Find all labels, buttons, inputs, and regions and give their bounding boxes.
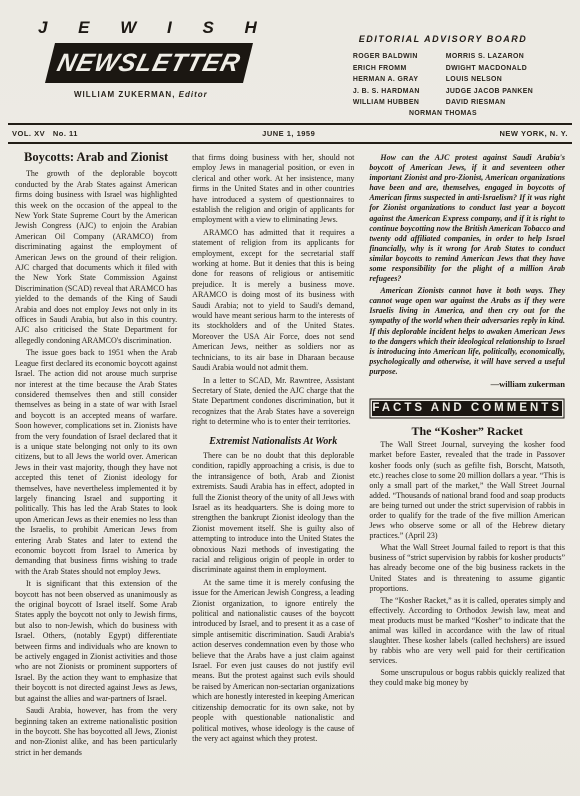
advisory-name: DWIGHT MACDONALD [446,63,533,75]
masthead-banner: NEWSLETTER [45,43,253,83]
dateline-bar: VOL. XV No. 11 JUNE 1, 1959 NEW YORK, N.… [8,123,572,144]
article-heading: Boycotts: Arab and Zionist [15,152,177,162]
editorial-paragraph: American Zionists cannot have it both wa… [369,286,565,377]
advisory-name: ERICH FROMM [353,63,420,75]
advisory-board-columns: ROGER BALDWIN ERICH FROMM HERMAN A. GRAY… [316,51,570,109]
city-label: NEW YORK, N. Y. [500,129,569,138]
advisory-board-title: EDITORIAL ADVISORY BOARD [316,34,570,44]
paragraph: In a letter to SCAD, Mr. Rawntree, Assis… [192,376,354,428]
paragraph: The growth of the deplorable boycott con… [15,169,177,346]
newsletter-page: J E W I S H NEWSLETTER WILLIAM ZUKERMAN,… [0,0,580,796]
editor-name: WILLIAM ZUKERMAN, [74,90,175,99]
advisory-name: JUDGE JACOB PANKEN [446,86,533,98]
paragraph: What the Wall Street Journal failed to r… [369,543,565,593]
advisory-name: ROGER BALDWIN [353,51,420,63]
volume-label: VOL. XV No. 11 [12,129,78,138]
editorial-paragraph: How can the AJC protest against Saudi Ar… [369,153,565,284]
date-label: JUNE 1, 1959 [262,129,315,138]
paragraph: The Wall Street Journal, surveying the k… [369,440,565,541]
paragraph: ARAMCO has admitted that it requires a s… [192,228,354,374]
masthead-banner-text: NEWSLETTER [54,49,243,78]
article-subheading: Extremist Nationalists At Work [192,437,354,447]
advisory-name: J. B. S. HARDMAN [353,86,420,98]
advisory-name: WILLIAM HUBBEN [353,97,420,109]
editor-title: Editor [179,90,208,99]
paragraph: that firms doing business with her, shou… [192,153,354,226]
column-2: that firms doing business with her, shou… [192,151,354,758]
author-signature: —william zukerman [369,379,565,389]
paragraph: The issue goes back to 1951 when the Ara… [15,348,177,577]
section-banner: FACTS AND COMMENTS [372,401,562,416]
advisory-board-left-column: ROGER BALDWIN ERICH FROMM HERMAN A. GRAY… [353,51,420,109]
advisory-name: MORRIS S. LAZARON [446,51,533,63]
page-header: J E W I S H NEWSLETTER WILLIAM ZUKERMAN,… [0,0,580,117]
advisory-board: EDITORIAL ADVISORY BOARD ROGER BALDWIN E… [316,18,570,117]
column-1: Boycotts: Arab and Zionist The growth of… [15,151,177,758]
advisory-name: HERMAN A. GRAY [353,74,420,86]
paragraph: There can be no doubt that this deplorab… [192,451,354,576]
article-columns: Boycotts: Arab and Zionist The growth of… [0,144,580,758]
column-3: How can the AJC protest against Saudi Ar… [369,151,565,758]
article-heading-kosher: The “Kosher” Racket [369,426,565,436]
paragraph: Saudi Arabia, however, has from the very… [15,706,177,758]
advisory-name: NORMAN THOMAS [316,110,570,117]
editor-line: WILLIAM ZUKERMAN, Editor [74,90,316,99]
paragraph: Some unscrupulous or bogus rabbis quickl… [369,668,565,688]
paragraph: At the same time it is merely confusing … [192,578,354,745]
advisory-name: DAVID RIESMAN [446,97,533,109]
advisory-board-right-column: MORRIS S. LAZARON DWIGHT MACDONALD LOUIS… [446,51,533,109]
advisory-name: LOUIS NELSON [446,74,533,86]
paragraph: The “Kosher Racket,” as it is called, op… [369,596,565,667]
masthead-title: J E W I S H [16,18,316,38]
masthead: J E W I S H NEWSLETTER WILLIAM ZUKERMAN,… [16,18,316,117]
paragraph: It is significant that this extension of… [15,579,177,704]
